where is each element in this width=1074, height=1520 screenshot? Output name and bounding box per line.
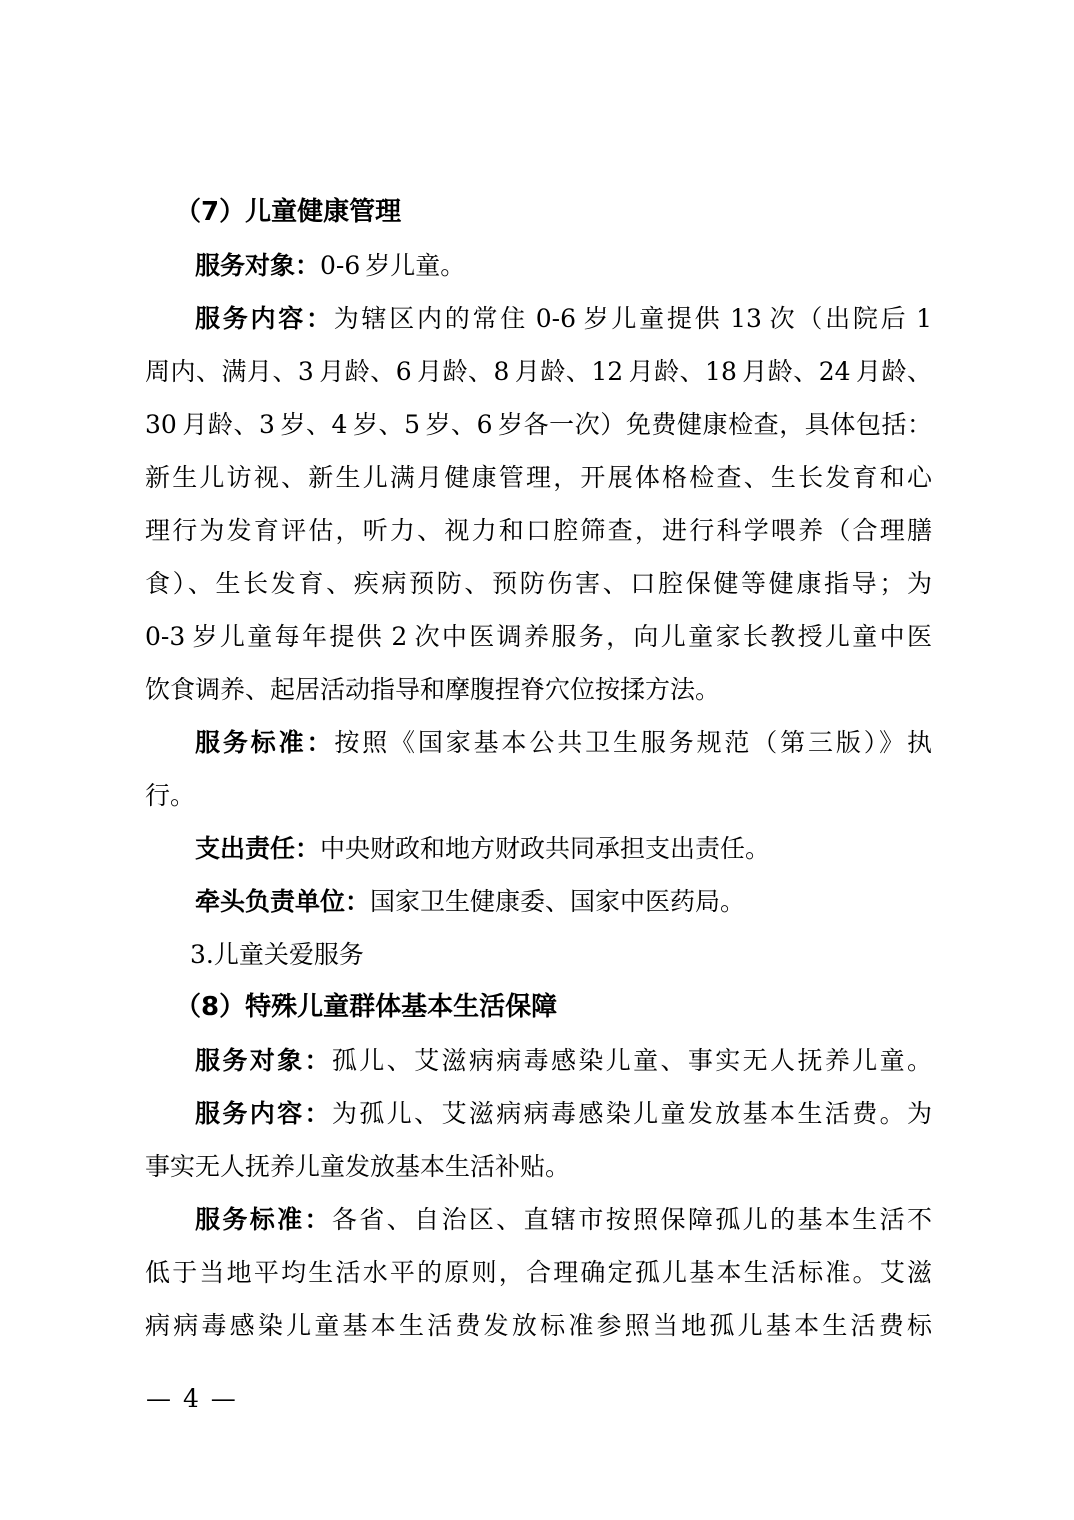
field-label: 服务内容： [195, 304, 334, 333]
para-service-standard: 服务标准：按照《国家基本公共卫生服务规范（第三版）》执 [145, 716, 932, 769]
heading-text: （8）特殊儿童群体基本生活保障 [175, 992, 557, 1022]
para-text: 0-3 岁儿童每年提供 2 次中医调养服务，向儿童家长教授儿童中医 [145, 622, 932, 651]
body-line: 行。 [145, 769, 932, 822]
para-text: 食）、生长发育、疾病预防、预防伤害、口腔保健等健康指导；为 [145, 569, 932, 598]
para-lead-unit: 牵头负责单位：国家卫生健康委、国家中医药局。 [145, 875, 932, 928]
para-text: 按照《国家基本公共卫生服务规范（第三版）》执 [334, 728, 932, 757]
heading-text: 3.儿童关爱服务 [190, 940, 364, 969]
field-label: 服务标准： [195, 728, 334, 757]
para-service-standard: 服务标准：各省、自治区、直辖市按照保障孤儿的基本生活不 [145, 1193, 932, 1246]
field-label: 服务内容： [195, 1099, 332, 1128]
para-text: 孤儿、艾滋病病毒感染儿童、事实无人抚养儿童。 [332, 1046, 932, 1075]
para-text: 病病毒感染儿童基本生活费发放标准参照当地孤儿基本生活费标 [145, 1311, 932, 1340]
para-text: 周内、满月、3 月龄、6 月龄、8 月龄、12 月龄、18 月龄、24 月龄、 [145, 357, 932, 386]
para-text: 行。 [145, 781, 195, 810]
body-line: 低于当地平均生活水平的原则，合理确定孤儿基本生活标准。艾滋 [145, 1246, 932, 1299]
field-label: 服务对象： [195, 1046, 332, 1075]
field-label: 支出责任： [195, 834, 320, 863]
body-line: 30 月龄、3 岁、4 岁、5 岁、6 岁各一次）免费健康检查，具体包括： [145, 398, 932, 451]
subsection-heading-3: 3.儿童关爱服务 [145, 928, 932, 981]
section-heading-8: （8）特殊儿童群体基本生活保障 [145, 981, 932, 1034]
para-text: 新生儿访视、新生儿满月健康管理，开展体格检查、生长发育和心 [145, 463, 932, 492]
para-text: 各省、自治区、直辖市按照保障孤儿的基本生活不 [332, 1205, 932, 1234]
document-page: （7）儿童健康管理 服务对象：0-6 岁儿童。 服务内容：为辖区内的常住 0-6… [0, 0, 1074, 1520]
para-text: 事实无人抚养儿童发放基本生活补贴。 [145, 1152, 570, 1181]
para-service-target: 服务对象：0-6 岁儿童。 [145, 239, 932, 292]
body-line: 食）、生长发育、疾病预防、预防伤害、口腔保健等健康指导；为 [145, 557, 932, 610]
para-text: 为孤儿、艾滋病病毒感染儿童发放基本生活费。为 [332, 1099, 932, 1128]
body-line: 0-3 岁儿童每年提供 2 次中医调养服务，向儿童家长教授儿童中医 [145, 610, 932, 663]
para-text: 中央财政和地方财政共同承担支出责任。 [320, 834, 770, 863]
body-line: 事实无人抚养儿童发放基本生活补贴。 [145, 1140, 932, 1193]
heading-text: （7）儿童健康管理 [175, 197, 401, 227]
body-line: 周内、满月、3 月龄、6 月龄、8 月龄、12 月龄、18 月龄、24 月龄、 [145, 345, 932, 398]
para-text: 国家卫生健康委、国家中医药局。 [370, 887, 745, 916]
body-line: 饮食调养、起居活动指导和摩腹捏脊穴位按揉方法。 [145, 663, 932, 716]
para-text: 饮食调养、起居活动指导和摩腹捏脊穴位按揉方法。 [145, 675, 720, 704]
para-expenditure-responsibility: 支出责任：中央财政和地方财政共同承担支出责任。 [145, 822, 932, 875]
field-label: 服务对象： [195, 251, 320, 280]
content-area: （7）儿童健康管理 服务对象：0-6 岁儿童。 服务内容：为辖区内的常住 0-6… [145, 186, 932, 1352]
body-line: 病病毒感染儿童基本生活费发放标准参照当地孤儿基本生活费标 [145, 1299, 932, 1352]
para-text: 为辖区内的常住 0-6 岁儿童提供 13 次（出院后 1 [334, 304, 932, 333]
para-service-target: 服务对象：孤儿、艾滋病病毒感染儿童、事实无人抚养儿童。 [145, 1034, 932, 1087]
para-text: 理行为发育评估，听力、视力和口腔筛查，进行科学喂养（合理膳 [145, 516, 932, 545]
para-service-content: 服务内容：为孤儿、艾滋病病毒感染儿童发放基本生活费。为 [145, 1087, 932, 1140]
section-heading-7: （7）儿童健康管理 [145, 186, 932, 239]
para-service-content: 服务内容：为辖区内的常住 0-6 岁儿童提供 13 次（出院后 1 [145, 292, 932, 345]
field-label: 服务标准： [195, 1205, 332, 1234]
para-text: 低于当地平均生活水平的原则，合理确定孤儿基本生活标准。艾滋 [145, 1258, 932, 1287]
para-text: 0-6 岁儿童。 [320, 251, 465, 280]
body-line: 新生儿访视、新生儿满月健康管理，开展体格检查、生长发育和心 [145, 451, 932, 504]
body-line: 理行为发育评估，听力、视力和口腔筛查，进行科学喂养（合理膳 [145, 504, 932, 557]
field-label: 牵头负责单位： [195, 887, 370, 916]
para-text: 30 月龄、3 岁、4 岁、5 岁、6 岁各一次）免费健康检查，具体包括： [145, 410, 932, 439]
page-number-footer: — 4 — [146, 1372, 238, 1425]
